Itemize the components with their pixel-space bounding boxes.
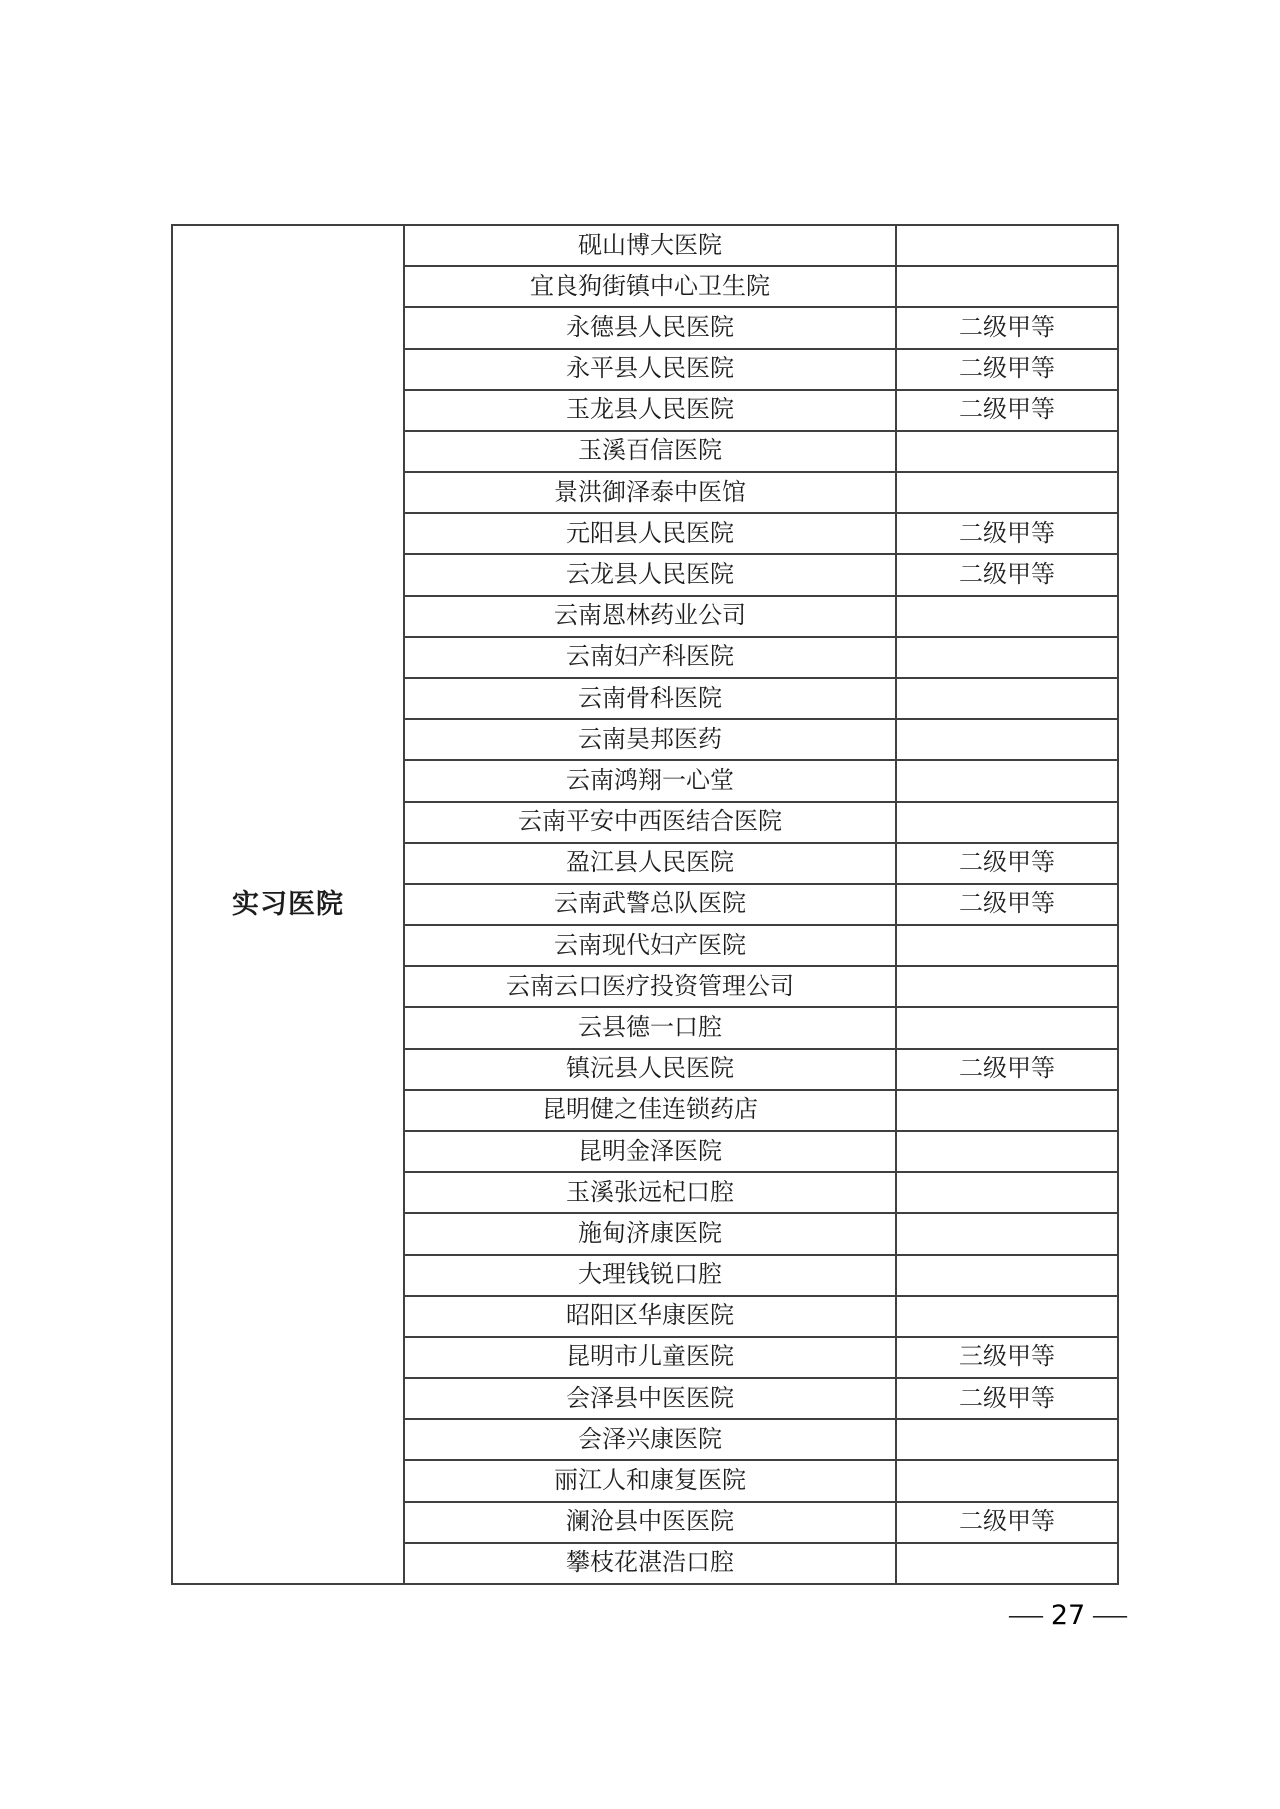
hospital-grade-cell [897,1420,1119,1461]
hospital-name-cell: 澜沧县中医医院 [405,1503,897,1544]
hospital-grade-cell [897,926,1119,967]
hospital-name-cell: 云南平安中西医结合医院 [405,803,897,844]
hospital-grade-cell [897,432,1119,473]
hospital-name-cell: 丽江人和康复医院 [405,1461,897,1502]
hospital-grade-cell [897,597,1119,638]
hospital-name-cell: 永德县人民医院 [405,308,897,349]
hospital-name-cell: 云南现代妇产医院 [405,926,897,967]
hospital-name-cell: 永平县人民医院 [405,350,897,391]
hospital-name-cell: 镇沅县人民医院 [405,1050,897,1091]
hospital-grade-cell [897,1008,1119,1049]
hospital-grade-cell [897,803,1119,844]
hospital-grade-cell: 二级甲等 [897,555,1119,596]
hospital-grade-cell [897,967,1119,1008]
hospital-grade-cell: 二级甲等 [897,308,1119,349]
hospital-name-cell: 大理钱锐口腔 [405,1256,897,1297]
hospital-name-cell: 云南云口医疗投资管理公司 [405,967,897,1008]
hospital-name-cell: 盈江县人民医院 [405,844,897,885]
page-number-dash-right: — [1093,1600,1127,1630]
row-header-internship-hospitals: 实习医院 [173,226,405,1585]
hospital-name-cell: 云龙县人民医院 [405,555,897,596]
hospital-grade-cell [897,1132,1119,1173]
hospital-grade-cell [897,1173,1119,1214]
hospital-grade-cell [897,720,1119,761]
hospital-name-cell: 宜良狗街镇中心卫生院 [405,267,897,308]
page-number-value: 27 [1051,1600,1085,1631]
hospital-name-cell: 景洪御泽泰中医馆 [405,473,897,514]
hospital-table: 实习医院 砚山博大医院 宜良狗街镇中心卫生院 永德县人民医院 二级甲等 永平县人… [171,224,1119,1585]
hospital-name-cell: 玉龙县人民医院 [405,391,897,432]
hospital-name-cell: 玉溪张远杞口腔 [405,1173,897,1214]
hospital-grade-cell [897,1256,1119,1297]
hospital-grade-cell: 三级甲等 [897,1338,1119,1379]
hospital-grade-cell [897,761,1119,802]
hospital-name-cell: 云县德一口腔 [405,1008,897,1049]
hospital-name-cell: 玉溪百信医院 [405,432,897,473]
hospital-name-cell: 云南妇产科医院 [405,638,897,679]
hospital-grade-cell: 二级甲等 [897,1379,1119,1420]
hospital-grade-cell [897,1461,1119,1502]
hospital-grade-cell [897,267,1119,308]
hospital-grade-cell: 二级甲等 [897,844,1119,885]
hospital-grade-cell [897,1091,1119,1132]
hospital-name-cell: 云南骨科医院 [405,679,897,720]
hospital-name-cell: 昆明市儿童医院 [405,1338,897,1379]
hospital-name-cell: 砚山博大医院 [405,226,897,267]
hospital-grade-cell: 二级甲等 [897,1503,1119,1544]
document-page: 实习医院 砚山博大医院 宜良狗街镇中心卫生院 永德县人民医院 二级甲等 永平县人… [0,0,1280,1809]
hospital-grade-cell: 二级甲等 [897,514,1119,555]
hospital-grade-cell [897,226,1119,267]
hospital-name-cell: 攀枝花湛浩口腔 [405,1544,897,1585]
hospital-name-cell: 云南鸿翔一心堂 [405,761,897,802]
hospital-name-cell: 会泽县中医医院 [405,1379,897,1420]
hospital-name-cell: 昆明健之佳连锁药店 [405,1091,897,1132]
hospital-name-cell: 施甸济康医院 [405,1214,897,1255]
hospital-grade-cell [897,1297,1119,1338]
hospital-grade-cell: 二级甲等 [897,1050,1119,1091]
hospital-grade-cell [897,638,1119,679]
hospital-name-cell: 昆明金泽医院 [405,1132,897,1173]
page-number: — 27 — [1013,1598,1123,1632]
hospital-name-cell: 元阳县人民医院 [405,514,897,555]
hospital-name-cell: 云南恩林药业公司 [405,597,897,638]
page-number-dash-left: — [1009,1600,1043,1630]
hospital-grade-cell: 二级甲等 [897,391,1119,432]
hospital-grade-cell [897,1544,1119,1585]
hospital-grade-cell: 二级甲等 [897,350,1119,391]
hospital-grade-cell [897,473,1119,514]
hospital-name-cell: 云南武警总队医院 [405,885,897,926]
hospital-grade-cell [897,679,1119,720]
hospital-grade-cell: 二级甲等 [897,885,1119,926]
hospital-name-cell: 会泽兴康医院 [405,1420,897,1461]
hospital-name-cell: 昭阳区华康医院 [405,1297,897,1338]
hospital-grade-cell [897,1214,1119,1255]
hospital-name-cell: 云南昊邦医药 [405,720,897,761]
